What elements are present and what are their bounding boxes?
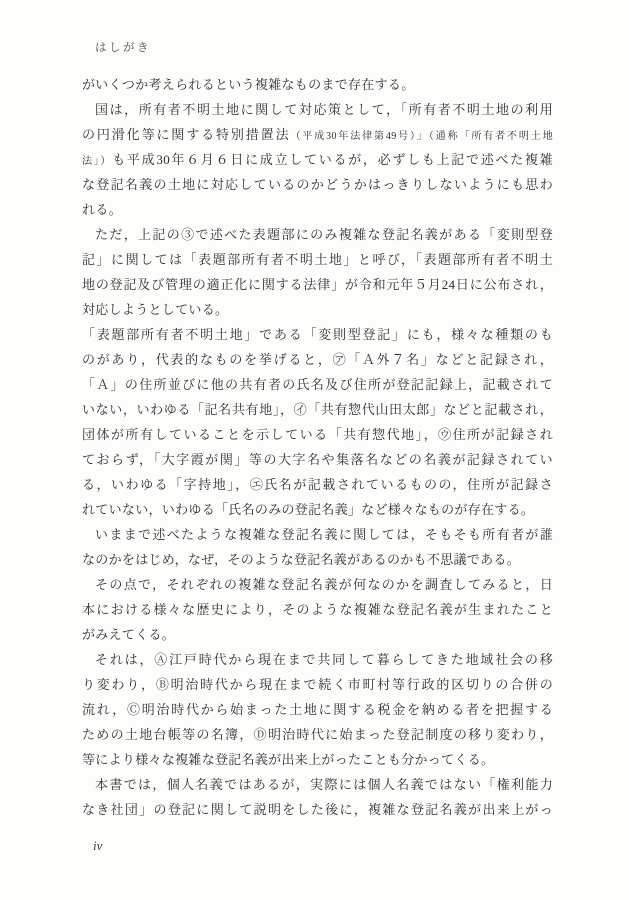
page-number: iv bbox=[93, 838, 102, 854]
text-segment: がみえてくる。 bbox=[82, 627, 175, 642]
text-segment: ておらず，「大字霞が関」等の大字名や集落名などの名義が記録されてい bbox=[82, 452, 553, 467]
text-line: その点で，それぞれの複雑な登記名義が何なのかを調査してみると，日 bbox=[82, 572, 553, 597]
text-segment: その点で，それぞれの複雑な登記名義が何なのかを調査してみると，日 bbox=[95, 577, 553, 592]
text-segment-small: 法」） bbox=[82, 156, 112, 167]
text-line: なのかをはじめ，なぜ，そのような登記名義があるのかも不思議である。 bbox=[82, 547, 553, 572]
text-line: 本書では，個人名義ではあるが，実際には個人名義ではない「権利能力 bbox=[82, 772, 553, 797]
body-text: がいくつか考えられるという複雑なものまで存在する。国は，所有者不明土地に関して対… bbox=[82, 72, 553, 822]
text-segment: なのかをはじめ，なぜ，そのような登記名義があるのかも不思議である。 bbox=[82, 552, 520, 567]
text-segment: 等により様々な複雑な登記名義が出来上がったことも分かってくる。 bbox=[82, 752, 494, 767]
text-line: なき社団」の登記に関して説明をした後に，複雑な登記名義が出来上がっ bbox=[82, 797, 553, 822]
text-line: 本における様々な歴史により，そのような複雑な登記名義が生まれたこと bbox=[82, 597, 553, 622]
text-segment: 「表題部所有者不明土地」である「変則型登記」にも，様々な種類のも bbox=[82, 327, 553, 342]
text-segment: 記」に関しては「表題部所有者不明土地」と呼び，「表題部所有者不明土 bbox=[82, 252, 553, 267]
text-segment: いままで述べたような複雑な登記名義に関しては，そもそも所有者が誰 bbox=[95, 527, 553, 542]
text-line: それは，Ⓐ江戸時代から現在まで共同して暮らしてきた地域社会の移 bbox=[82, 647, 553, 672]
text-segment: ただ，上記の③で述べた表題部にのみ複雑な登記名義がある「変則型登 bbox=[95, 227, 553, 242]
text-line: る，いわゆる「字持地」，㋓氏名が記載されているものの，住所が記録さ bbox=[82, 472, 553, 497]
text-line: がいくつか考えられるという複雑なものまで存在する。 bbox=[82, 72, 553, 97]
text-segment-small: （平成30年法律第49号）」（通称「所有者不明土地 bbox=[290, 131, 553, 142]
text-segment: れていない，いわゆる「氏名のみの登記名義」など様々なものが存在する。 bbox=[82, 502, 534, 517]
text-line: ただ，上記の③で述べた表題部にのみ複雑な登記名義がある「変則型登 bbox=[82, 222, 553, 247]
running-header: はしがき bbox=[95, 39, 151, 55]
text-segment: がいくつか考えられるという複雑なものまで存在する。 bbox=[82, 77, 415, 92]
text-line: のがあり，代表的なものを挙げると，㋐「Ａ外７名」などと記録され， bbox=[82, 347, 553, 372]
text-segment: 国は，所有者不明土地に関して対応策として，「所有者不明土地の利用 bbox=[95, 102, 553, 117]
text-line: ておらず，「大字霞が関」等の大字名や集落名などの名義が記録されてい bbox=[82, 447, 553, 472]
text-line: 「Ａ」の住所並びに他の共有者の氏名及び住所が登記記録上，記載されて bbox=[82, 372, 553, 397]
text-line: の円滑化等に関する特別措置法（平成30年法律第49号）」（通称「所有者不明土地 bbox=[82, 122, 553, 147]
text-segment: ための土地台帳等の名簿，Ⓓ明治時代に始まった登記制度の移り変わり， bbox=[82, 727, 553, 742]
text-segment: のがあり，代表的なものを挙げると，㋐「Ａ外７名」などと記録され， bbox=[82, 352, 553, 367]
book-page: はしがき がいくつか考えられるという複雑なものまで存在する。国は，所有者不明土地… bbox=[0, 0, 629, 900]
text-segment: る，いわゆる「字持地」，㋓氏名が記載されているものの，住所が記録さ bbox=[82, 477, 553, 492]
text-line: 地の登記及び管理の適正化に関する法律」が令和元年５月24日に公布され， bbox=[82, 272, 553, 297]
text-segment: の円滑化等に関する特別措置法 bbox=[82, 127, 290, 142]
text-segment: いない，いわゆる「記名共有地」，㋑「共有惣代山田太郎」などと記載され， bbox=[82, 402, 553, 417]
text-segment: り変わり，Ⓑ明治時代から現在まで続く市町村等行政的区切りの合併の bbox=[82, 677, 553, 692]
text-line: れる。 bbox=[82, 197, 553, 222]
text-line: 記」に関しては「表題部所有者不明土地」と呼び，「表題部所有者不明土 bbox=[82, 247, 553, 272]
text-line: 団体が所有していることを示している「共有惣代地」，㋒住所が記録され bbox=[82, 422, 553, 447]
text-segment: それは，Ⓐ江戸時代から現在まで共同して暮らしてきた地域社会の移 bbox=[95, 652, 553, 667]
text-segment: も平成30年６月６日に成立しているが，必ずしも上記で述べた複雑 bbox=[112, 152, 553, 167]
text-line: 等により様々な複雑な登記名義が出来上がったことも分かってくる。 bbox=[82, 747, 553, 772]
text-segment: 団体が所有していることを示している「共有惣代地」，㋒住所が記録され bbox=[82, 427, 553, 442]
text-segment: れる。 bbox=[82, 202, 122, 217]
text-segment: なき社団」の登記に関して説明をした後に，複雑な登記名義が出来上がっ bbox=[82, 802, 553, 817]
text-line: 対応しようとしている。 bbox=[82, 297, 553, 322]
text-line: 法」）も平成30年６月６日に成立しているが，必ずしも上記で述べた複雑 bbox=[82, 147, 553, 172]
text-segment: 本における様々な歴史により，そのような複雑な登記名義が生まれたこと bbox=[82, 602, 553, 617]
text-line: り変わり，Ⓑ明治時代から現在まで続く市町村等行政的区切りの合併の bbox=[82, 672, 553, 697]
text-segment: 本書では，個人名義ではあるが，実際には個人名義ではない「権利能力 bbox=[95, 777, 553, 792]
text-line: 流れ，Ⓒ明治時代から始まった土地に関する税金を納める者を把握する bbox=[82, 697, 553, 722]
text-line: 国は，所有者不明土地に関して対応策として，「所有者不明土地の利用 bbox=[82, 97, 553, 122]
text-line: いままで述べたような複雑な登記名義に関しては，そもそも所有者が誰 bbox=[82, 522, 553, 547]
text-segment: 対応しようとしている。 bbox=[82, 302, 228, 317]
text-line: ための土地台帳等の名簿，Ⓓ明治時代に始まった登記制度の移り変わり， bbox=[82, 722, 553, 747]
text-line: な登記名義の土地に対応しているのかどうかはっきりしないようにも思わ bbox=[82, 172, 553, 197]
text-segment: 「Ａ」の住所並びに他の共有者の氏名及び住所が登記記録上，記載されて bbox=[82, 377, 553, 392]
text-line: 「表題部所有者不明土地」である「変則型登記」にも，様々な種類のも bbox=[82, 322, 553, 347]
text-segment: 地の登記及び管理の適正化に関する法律」が令和元年５月24日に公布され， bbox=[82, 277, 553, 292]
text-line: がみえてくる。 bbox=[82, 622, 553, 647]
text-line: いない，いわゆる「記名共有地」，㋑「共有惣代山田太郎」などと記載され， bbox=[82, 397, 553, 422]
text-segment: な登記名義の土地に対応しているのかどうかはっきりしないようにも思わ bbox=[82, 177, 553, 192]
text-segment: 流れ，Ⓒ明治時代から始まった土地に関する税金を納める者を把握する bbox=[82, 702, 553, 717]
text-line: れていない，いわゆる「氏名のみの登記名義」など様々なものが存在する。 bbox=[82, 497, 553, 522]
